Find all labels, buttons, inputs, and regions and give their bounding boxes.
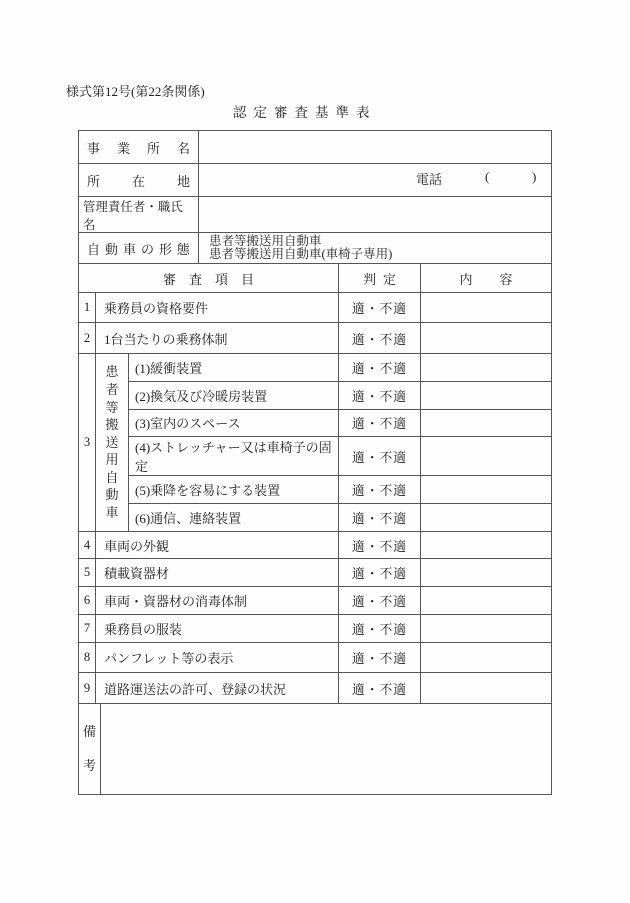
judgment-value: 適・不適 [339,354,421,381]
item-label: (1)緩衝装置 [129,354,339,381]
item-label: 乗務員の服装 [96,615,339,642]
table-row: 2 1台当たりの乗務体制 適・不適 [79,323,551,354]
vehicle-type-line-1: 患者等搬送用自動車 [209,235,322,249]
document-page: 様式第12号(第22条関係) 認定審査基準表 事業所名 所在地 電話 ( ) 管… [0,0,630,903]
item-label: 積載資器材 [96,559,339,586]
content-cell [421,437,551,475]
row-number: 2 [79,323,96,353]
content-cell [421,410,551,437]
table-row: 1 乗務員の資格要件 適・不適 [79,293,551,323]
judgment-value: 適・不適 [339,643,421,672]
manager-label: 管理責任者・職氏名 [79,197,199,232]
table-subrow: (4)ストレッチャー又は車椅子の固定 適・不適 [129,437,551,476]
judgment-value: 適・不適 [339,410,421,437]
content-cell [421,323,551,353]
content-cell [421,382,551,409]
content-cell [421,476,551,503]
table-row: 6 車両・資器材の消毒体制 適・不適 [79,587,551,615]
table-row-group: 3 患者等搬送用自動車 (1)緩衝装置 適・不適 (2)換気及び冷暖房装置 適・… [79,354,551,532]
manager-value [199,197,551,232]
table-row: 9 道路運送法の許可、登録の状況 適・不適 [79,673,551,704]
item-label: 1台当たりの乗務体制 [96,323,339,353]
row-number: 9 [79,673,96,703]
judgment-value: 適・不適 [339,615,421,642]
item-label: (6)通信、連絡装置 [129,504,339,531]
content-cell [421,354,551,381]
judgment-value: 適・不適 [339,323,421,353]
item-label: 乗務員の資格要件 [96,293,339,322]
table-subrow: (2)換気及び冷暖房装置 適・不適 [129,382,551,410]
judgment-value: 適・不適 [339,382,421,409]
criteria-table: 事業所名 所在地 電話 ( ) 管理責任者・職氏名 自動車の形態 患者等搬送用自… [78,130,552,795]
header-examination-items: 審査項目 [79,264,339,292]
content-cell [421,615,551,642]
table-header-row: 審査項目 判定 内容 [79,264,551,293]
remarks-row: 備考 [79,704,551,794]
group-subrows: (1)緩衝装置 適・不適 (2)換気及び冷暖房装置 適・不適 (3)室内のスペー… [129,354,551,531]
content-cell [421,532,551,558]
address-value: 電話 ( ) [199,164,551,196]
business-name-label: 事業所名 [79,131,199,163]
judgment-value: 適・不適 [339,504,421,531]
table-row: 5 積載資器材 適・不適 [79,559,551,587]
content-cell [421,673,551,703]
row-number: 4 [79,532,96,558]
vehicle-type-value: 患者等搬送用自動車 患者等搬送用自動車(車椅子専用) [199,233,551,263]
group-vertical-label: 患者等搬送用自動車 [96,354,129,531]
address-row: 所在地 電話 ( ) [79,164,551,197]
content-cell [421,293,551,322]
table-row: 7 乗務員の服装 適・不適 [79,615,551,643]
table-row: 4 車両の外観 適・不適 [79,532,551,559]
row-number: 8 [79,643,96,672]
form-number: 様式第12号(第22条関係) [66,81,205,100]
item-label: (3)室内のスペース [129,410,339,437]
judgment-value: 適・不適 [339,437,421,475]
header-content: 内容 [421,264,551,292]
item-label: (2)換気及び冷暖房装置 [129,382,339,409]
page-title: 認定審査基準表 [233,101,377,121]
item-label: 車両の外観 [96,532,339,558]
table-subrow: (6)通信、連絡装置 適・不適 [129,504,551,531]
remarks-value [101,704,551,794]
vehicle-type-label: 自動車の形態 [79,233,199,263]
item-label: パンフレット等の表示 [96,643,339,672]
judgment-value: 適・不適 [339,587,421,614]
row-number: 5 [79,559,96,586]
row-number: 7 [79,615,96,642]
business-name-value [199,131,551,163]
phone-paren-open: ( [485,169,489,185]
remarks-label: 備考 [79,704,101,794]
content-cell [421,504,551,531]
business-name-row: 事業所名 [79,131,551,164]
phone-label: 電話 [416,169,442,188]
content-cell [421,559,551,586]
table-subrow: (3)室内のスペース 適・不適 [129,410,551,438]
judgment-value: 適・不適 [339,559,421,586]
item-label: 道路運送法の許可、登録の状況 [96,673,339,703]
header-judgment: 判定 [339,264,421,292]
item-label: 車両・資器材の消毒体制 [96,587,339,614]
address-label: 所在地 [79,164,199,196]
table-row: 8 パンフレット等の表示 適・不適 [79,643,551,673]
judgment-value: 適・不適 [339,293,421,322]
row-number: 1 [79,293,96,322]
table-subrow: (1)緩衝装置 適・不適 [129,354,551,382]
content-cell [421,643,551,672]
judgment-value: 適・不適 [339,476,421,503]
phone-paren-close: ) [532,169,536,185]
item-label: (5)乗降を容易にする装置 [129,476,339,503]
row-number: 6 [79,587,96,614]
vehicle-type-row: 自動車の形態 患者等搬送用自動車 患者等搬送用自動車(車椅子専用) [79,233,551,264]
item-label: (4)ストレッチャー又は車椅子の固定 [129,437,339,475]
manager-row: 管理責任者・職氏名 [79,197,551,233]
judgment-value: 適・不適 [339,673,421,703]
content-cell [421,587,551,614]
vehicle-type-line-2: 患者等搬送用自動車(車椅子専用) [209,248,392,262]
row-number: 3 [79,354,96,531]
table-subrow: (5)乗降を容易にする装置 適・不適 [129,476,551,504]
judgment-value: 適・不適 [339,532,421,558]
